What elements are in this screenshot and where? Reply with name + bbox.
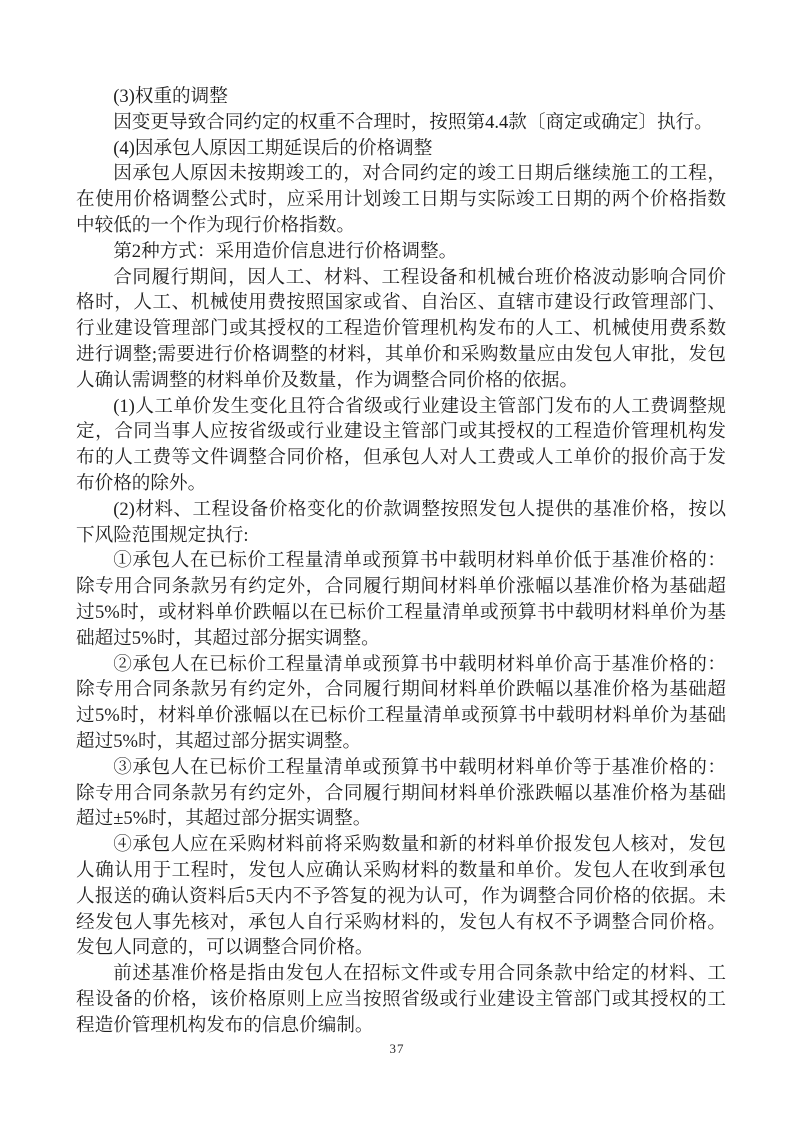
para-method-2-title: 第2种方式：采用造价信息进行价格调整。 [76,239,726,265]
para-item-2-price-above-base: ②承包人在已标价工程量清单或预算书中载明材料单价高于基准价格的：除专用合同条款另… [76,652,726,755]
document-page: (3)权重的调整 因变更导致合同约定的权重不合理时，按照第4.4款〔商定或确定〕… [0,0,794,1122]
clause-heading-weight-adjustment: (3)权重的调整 [76,84,726,110]
para-cost-info-adjustment: 合同履行期间，因人工、材料、工程设备和机械台班价格波动影响合同价格时，人工、机械… [76,265,726,394]
page-number: 37 [0,1041,794,1057]
para-weight-adjustment-rule: 因变更导致合同约定的权重不合理时，按照第4.4款〔商定或确定〕执行。 [76,110,726,136]
para-item-4-procurement-check: ④承包人应在采购材料前将采购数量和新的材料单价报发包人核对，发包人确认用于工程时… [76,832,726,961]
para-material-equipment-price-change: (2)材料、工程设备价格变化的价款调整按照发包人提供的基准价格，按以下风险范围规… [76,497,726,549]
document-body: (3)权重的调整 因变更导致合同约定的权重不合理时，按照第4.4款〔商定或确定〕… [76,84,726,1038]
para-delay-price-adjustment-rule: 因承包人原因未按期竣工的，对合同约定的竣工日期后继续施工的工程，在使用价格调整公… [76,161,726,238]
para-item-1-price-below-base: ①承包人在已标价工程量清单或预算书中载明材料单价低于基准价格的：除专用合同条款另… [76,548,726,651]
para-labor-unit-price-change: (1)人工单价发生变化且符合省级或行业建设主管部门发布的人工费调整规定，合同当事… [76,394,726,497]
para-base-price-definition: 前述基准价格是指由发包人在招标文件或专用合同条款中给定的材料、工程设备的价格，该… [76,961,726,1038]
para-item-3-price-equal-base: ③承包人在已标价工程量清单或预算书中载明材料单价等于基准价格的：除专用合同条款另… [76,755,726,832]
clause-heading-delay-price-adjustment: (4)因承包人原因工期延误后的价格调整 [76,136,726,162]
